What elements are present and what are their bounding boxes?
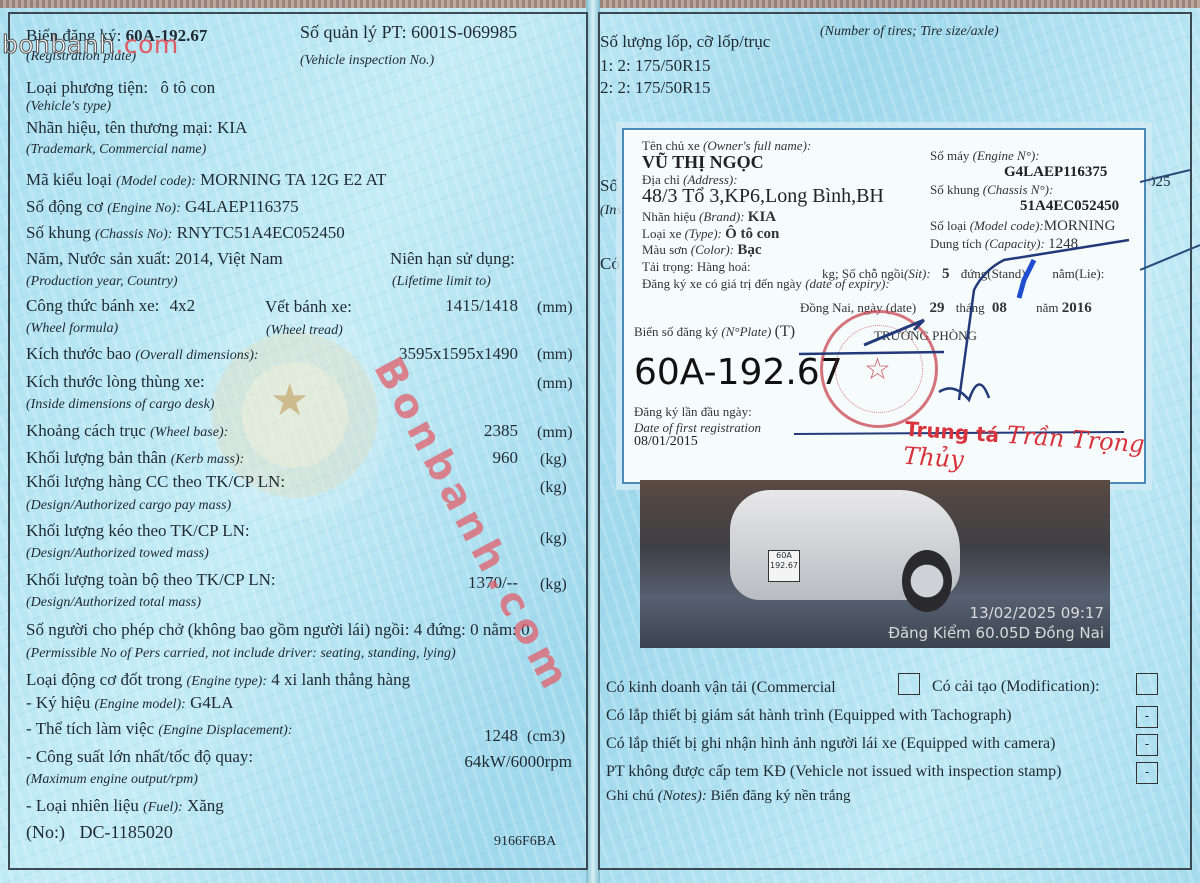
pen-strokes [1140,160,1200,300]
inspection-no-field: Số quản lý PT: 6001S-069985 [300,22,517,42]
field-label-en: (Engine model): [94,697,185,712]
field-value: KIA [217,118,247,137]
wheel-base-field: Khoảng cách trục (Wheel base): [26,421,228,441]
cargo-mass-label-en: (Design/Authorized cargo pay mass) [26,497,231,514]
car-plate: 60A 192.67 [768,550,800,582]
label: Ghi chú [606,788,654,804]
field-value: 4x2 [170,296,196,315]
tire-axle-2: 2: 2: 175/50R15 [600,78,711,98]
permissible-persons-label-en: (Permissible No of Pers carried, not inc… [26,645,456,662]
field-label-en: (Fuel): [143,800,183,815]
engine-no-field: Số động cơ (Engine No): G4LAEP116375 [26,197,299,217]
total-mass-unit: (kg) [540,575,567,595]
field-value: ô tô con [160,78,215,97]
vehicle-registration-card: Tên chủ xe (Owner's full name): VŨ THỊ N… [622,128,1146,484]
field-label-en: (Vehicle inspection No.) [300,52,434,69]
fuel-field: - Loại nhiên liệu (Fuel): Xăng [26,796,224,816]
vehicle-type-field: Loại phương tiện: ô tô con [26,78,215,98]
max-output-label: - Công suất lớn nhất/tốc độ quay: [26,747,253,767]
tachograph-label: Có lắp thiết bị giám sát hành trình (Equ… [606,706,1012,726]
field-label-en: (Wheel formula) [26,320,118,337]
towed-mass-unit: (kg) [540,529,567,549]
field-label: - Thể tích làm việc [26,719,154,738]
logo-domain: .com [115,30,178,59]
commercial-label: Có kinh doanh vận tải (Commercial [606,678,836,698]
field-label-en: (Engine No): [107,201,180,216]
kerb-mass-unit: (kg) [540,450,567,470]
camera-checkbox: - [1136,734,1158,756]
field-value: 2014, Việt Nam [175,249,283,268]
tachograph-checkbox: - [1136,706,1158,728]
field-label: Số quản lý PT: [300,22,407,42]
field-label: Loại động cơ đốt trong [26,670,182,689]
camera-label: Có lắp thiết bị ghi nhận hình ảnh người … [606,734,1055,754]
field-value: MORNING TA 12G E2 AT [200,170,386,189]
field-label-en: (Production year, Country) [26,273,178,290]
field-value: 6001S-069985 [411,22,517,42]
star-icon: ★ [270,375,309,426]
cargo-dimensions-label: Kích thước lòng thùng xe: [26,372,205,392]
towed-mass-label: Khối lượng kéo theo TK/CP LN: [26,521,250,541]
field-label-en: (Engine type): [187,674,267,689]
field-label-en: (Kerb mass): [171,452,245,467]
field-label: Công thức bánh xe: [26,296,159,315]
cargo-mass-unit: (kg) [540,478,567,498]
inspection-photo: 60A 192.67 13/02/2025 09:17 Đăng Kiểm 60… [640,480,1110,648]
field-label: Nhãn hiệu, tên thương mại: [26,118,213,137]
field-value: 4 xi lanh thẳng hàng [271,670,410,689]
chassis-no-field: Số khung (Chassis No): RNYTC51A4EC052450 [26,223,345,243]
wheel-tread-label-en: (Wheel tread) [266,322,343,339]
field-label: Số động cơ [26,197,103,216]
field-label: Kích thước bao [26,344,131,363]
field-label-en: (Model code): [116,174,196,189]
production-field: Năm, Nước sản xuất: 2014, Việt Nam [26,249,283,269]
wheel-base-unit: (mm) [537,423,573,443]
field-value: Xăng [187,796,224,815]
field-label: Số khung [26,223,91,242]
logo-text: bonbanh [2,30,115,59]
engine-model-field: - Ký hiệu (Engine model): G4LA [26,693,234,713]
modification-checkbox [1136,673,1158,695]
page-top-edge [0,0,1200,8]
field-label: Khối lượng bản thân [26,448,167,467]
total-mass-label: Khối lượng toàn bộ theo TK/CP LN: [26,570,276,590]
photo-timestamp: 13/02/2025 09:17 [970,604,1104,622]
document-number: (No:) DC-1185020 [26,822,173,842]
car-wheel [902,550,952,612]
max-output-label-en: (Maximum engine output/rpm) [26,771,198,788]
wheel-tread-label: Vết bánh xe: [265,297,352,317]
field-value: G4LA [190,693,233,712]
cargo-mass-label: Khối lượng hàng CC theo TK/CP LN: [26,472,285,492]
field-label-en: (Vehicle's type) [26,98,111,115]
no-stamp-checkbox: - [1136,762,1158,784]
cargo-dimensions-unit: (mm) [537,374,573,394]
displacement-value: 1248 [400,726,518,746]
overall-dimensions-unit: (mm) [537,345,573,365]
tire-axle-1: 1: 2: 175/50R15 [600,56,711,76]
field-label: (No:) [26,822,65,842]
field-label: Loại phương tiện: [26,78,148,97]
field-label: Khoảng cách trục [26,421,146,440]
overall-dimensions-field: Kích thước bao (Overall dimensions): [26,344,259,364]
tires-label: Số lượng lốp, cỡ lốp/trục [600,32,770,52]
displacement-field: - Thể tích làm việc (Engine Displacement… [26,719,292,739]
photo-station: Đăng Kiểm 60.05D Đồng Nai [888,624,1104,642]
obscured-label: Có [600,254,620,274]
field-label: - Loại nhiên liệu [26,796,139,815]
cargo-dimensions-label-en: (Inside dimensions of cargo desk) [26,396,214,413]
towed-mass-label-en: (Design/Authorized towed mass) [26,545,209,562]
modification-label: Có cải tạo (Modification): [932,677,1100,697]
field-label: Mã kiểu loại [26,170,112,189]
notes-field: Ghi chú (Notes): Biển đăng ký nền trắng [606,786,851,806]
wheel-formula-field: Công thức bánh xe: 4x2 [26,296,195,316]
model-code-field: Mã kiểu loại (Model code): MORNING TA 12… [26,170,386,190]
field-value: G4LAEP116375 [185,197,299,216]
obscured-label: Số [600,176,618,196]
kerb-mass-field: Khối lượng bản thân (Kerb mass): [26,448,244,468]
permissible-persons-label: Số người cho phép chở (không bao gồm ngư… [26,620,530,640]
no-stamp-label: PT không được cấp tem KĐ (Vehicle not is… [606,762,1061,782]
displacement-unit: (cm3) [527,727,565,747]
field-value: RNYTC51A4EC052450 [177,223,345,242]
bonbanh-logo-watermark: bonbanh.com [2,30,179,59]
field-label: Năm, Nước sản xuất: [26,249,171,268]
commercial-checkbox [898,673,920,695]
field-label-en: (Trademark, Commercial name) [26,141,206,158]
field-label-en: (Overall dimensions): [135,348,258,363]
field-label-en: (Engine Displacement): [158,723,292,738]
label-en: (Notes): [658,788,707,804]
wheel-tread-value: 1415/1418 [400,296,518,316]
lifetime-label: Niên hạn sử dụng: [390,249,515,269]
field-value: DC-1185020 [80,822,173,842]
field-label-en: (Wheel base): [150,425,228,440]
serial-code: 9166F6BA [494,832,556,852]
engine-type-field: Loại động cơ đốt trong (Engine type): 4 … [26,670,410,690]
lifetime-label-en: (Lifetime limit to) [392,273,491,290]
field-label: - Ký hiệu [26,693,90,712]
value: Biển đăng ký nền trắng [711,788,851,804]
max-output-value: 64kW/6000rpm [400,752,572,772]
total-mass-label-en: (Design/Authorized total mass) [26,594,201,611]
wheel-tread-unit: (mm) [537,298,573,318]
tires-label-en: (Number of tires; Tire size/axle) [820,23,999,40]
trademark-field: Nhãn hiệu, tên thương mại: KIA [26,118,247,138]
field-label-en: (Chassis No): [95,227,172,242]
